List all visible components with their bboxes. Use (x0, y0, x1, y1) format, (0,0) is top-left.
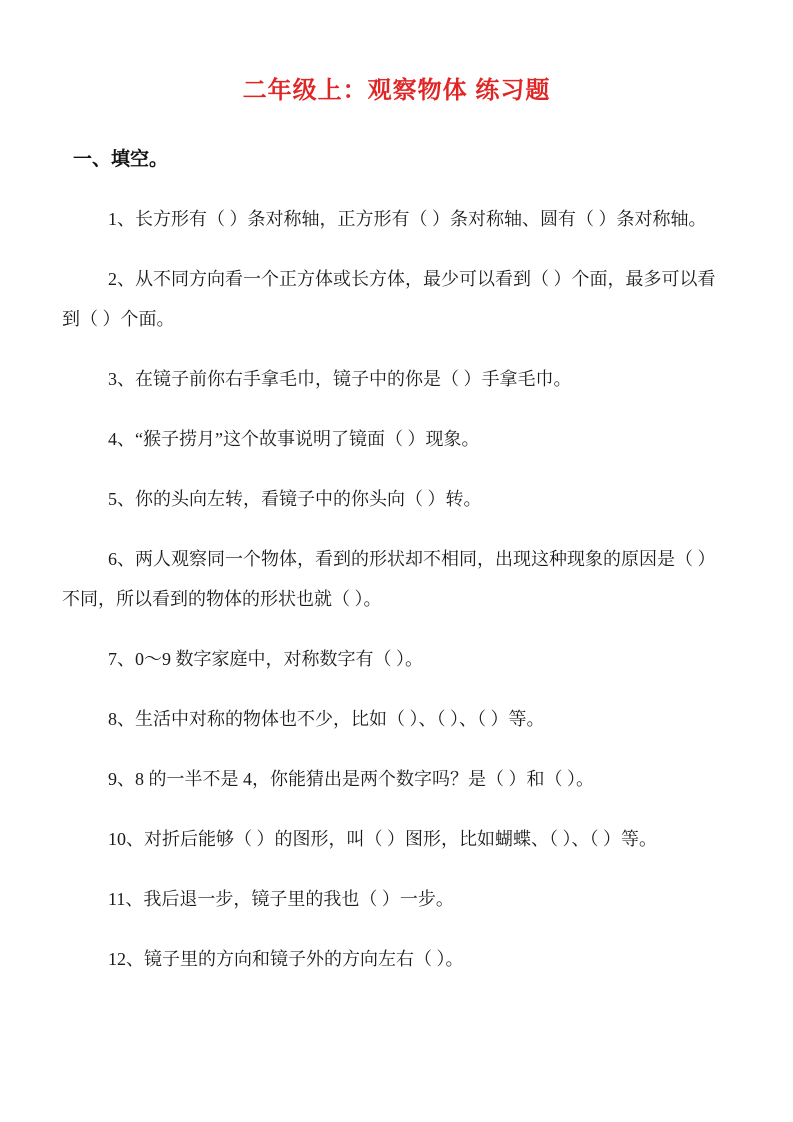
fill-blank-item-9: 9、8 的一半不是 4，你能猜出是两个数字吗？是（ ）和（ ）。 (62, 759, 730, 799)
fill-blank-item-10: 10、对折后能够（ ）的图形，叫（ ）图形，比如蝴蝶、（ ）、（ ）等。 (62, 819, 730, 859)
fill-blank-item-7: 7、0～9 数字家庭中，对称数字有（ ）。 (62, 639, 730, 679)
section-heading-fill-blanks: 一、填空。 (73, 148, 793, 172)
fill-blank-item-list: 1、长方形有（ ）条对称轴，正方形有（ ）条对称轴、圆有（ ）条对称轴。 2、从… (0, 199, 793, 979)
fill-blank-item-6: 6、两人观察同一个物体，看到的形状却不相同，出现这种现象的原因是（ ）不同，所以… (62, 539, 730, 619)
fill-blank-item-2: 2、从不同方向看一个正方体或长方体，最少可以看到（ ）个面，最多可以看到（ ）个… (62, 259, 730, 339)
fill-blank-item-3: 3、在镜子前你右手拿毛巾，镜子中的你是（ ）手拿毛巾。 (62, 359, 730, 399)
fill-blank-item-11: 11、我后退一步，镜子里的我也（ ）一步。 (62, 879, 730, 919)
worksheet-title: 二年级上：观察物体 练习题 (0, 74, 793, 108)
worksheet-page: 二年级上：观察物体 练习题 一、填空。 1、长方形有（ ）条对称轴，正方形有（ … (0, 0, 793, 1122)
fill-blank-item-4: 4、“猴子捞月”这个故事说明了镜面（ ）现象。 (62, 419, 730, 459)
fill-blank-item-12: 12、镜子里的方向和镜子外的方向左右（ ）。 (62, 939, 730, 979)
fill-blank-item-1: 1、长方形有（ ）条对称轴，正方形有（ ）条对称轴、圆有（ ）条对称轴。 (62, 199, 730, 239)
fill-blank-item-8: 8、生活中对称的物体也不少，比如（ ）、（ ）、（ ）等。 (62, 699, 730, 739)
fill-blank-item-5: 5、你的头向左转，看镜子中的你头向（ ）转。 (62, 479, 730, 519)
